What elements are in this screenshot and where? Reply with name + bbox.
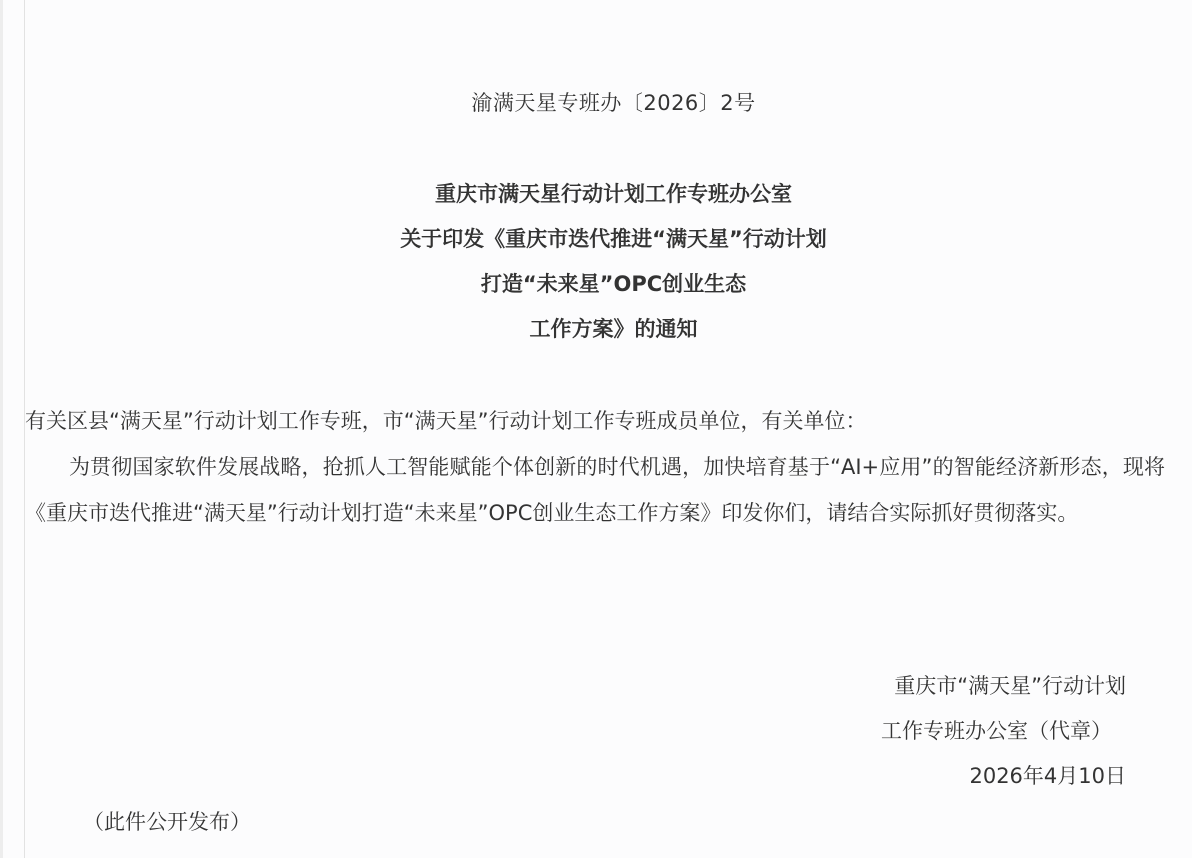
document-number: 渝满天星专班办〔2026〕2号	[25, 86, 1192, 120]
salutation: 有关区县“满天星”行动计划工作专班，市“满天星”行动计划工作专班成员单位，有关单…	[25, 398, 1165, 444]
document-page: 渝满天星专班办〔2026〕2号 重庆市满天星行动计划工作专班办公室 关于印发《重…	[25, 0, 1192, 858]
title-line-3: 打造“未来星”OPC创业生态	[35, 262, 1192, 307]
body-paragraph: 为贯彻国家软件发展战略，抢抓人工智能赋能个体创新的时代机遇，加快培育基于“AI+…	[25, 444, 1165, 536]
issuer-line-2: 工作专班办公室（代章）	[881, 709, 1126, 754]
document-title: 重庆市满天星行动计划工作专班办公室 关于印发《重庆市迭代推进“满天星”行动计划 …	[25, 172, 1192, 352]
title-line-2: 关于印发《重庆市迭代推进“满天星”行动计划	[35, 217, 1192, 262]
title-line-1: 重庆市满天星行动计划工作专班办公室	[35, 172, 1192, 217]
left-edge-strip	[0, 0, 3, 858]
publish-note: （此件公开发布）	[83, 800, 251, 845]
issuer-line-1: 重庆市“满天星”行动计划	[881, 664, 1126, 709]
signature-block: 重庆市“满天星”行动计划 工作专班办公室（代章） 2026年4月10日	[881, 664, 1126, 799]
title-line-4: 工作方案》的通知	[35, 307, 1192, 352]
document-body: 有关区县“满天星”行动计划工作专班，市“满天星”行动计划工作专班成员单位，有关单…	[25, 398, 1165, 536]
issue-date: 2026年4月10日	[881, 754, 1126, 799]
